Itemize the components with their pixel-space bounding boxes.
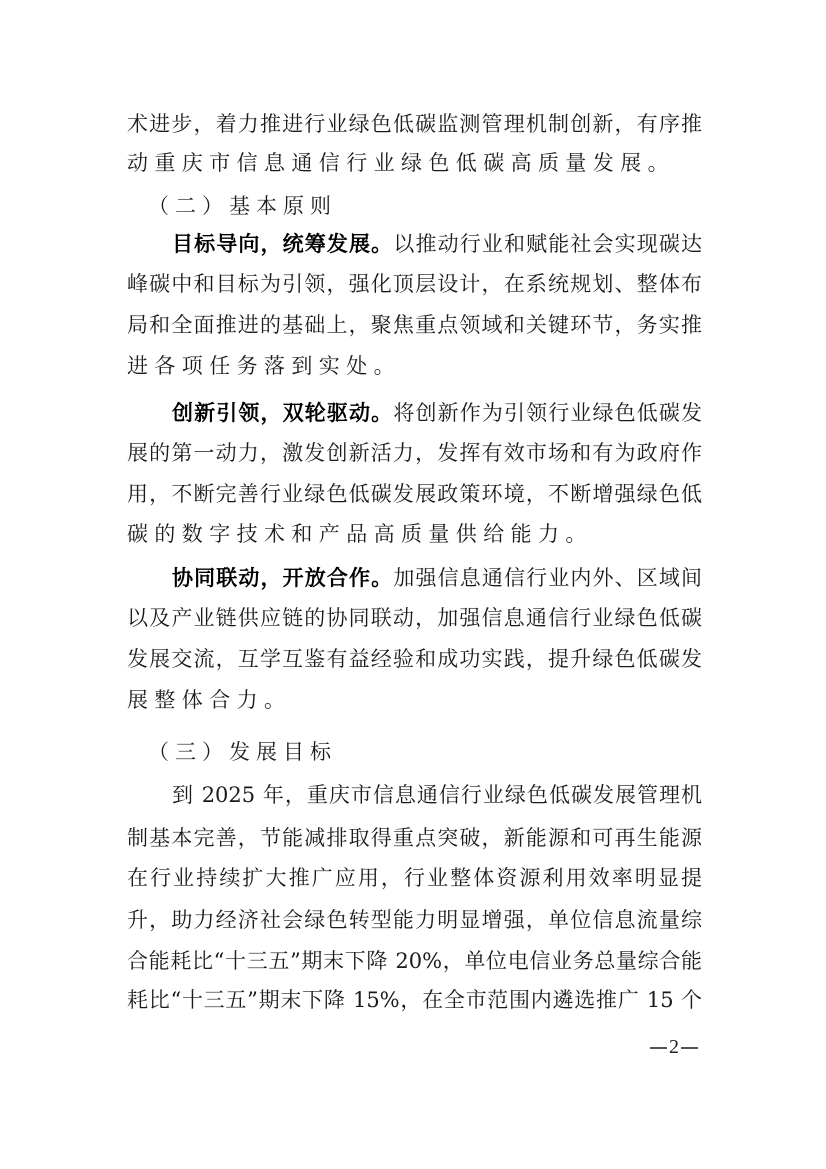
- body-line: 峰碳中和目标为引领，强化顶层设计，在系统规划、整体布: [127, 271, 702, 297]
- body-line: 碳的数字技术和产品高质量供给能力。: [127, 521, 702, 547]
- principle-text: 以推动行业和赋能社会实现碳达: [393, 232, 702, 256]
- body-line: 以及产业链供应链的协同联动，加强信息通信行业绿色低碳: [127, 605, 702, 631]
- principle-title: 协同联动，开放合作。: [172, 566, 393, 590]
- body-line: 用，不断完善行业绿色低碳发展政策环境，不断增强绿色低: [127, 481, 702, 507]
- body-line: 发展交流，互学互鉴有益经验和成功实践，提升绿色低碳发: [127, 646, 702, 672]
- principle-innovation: 创新引领，双轮驱动。将创新作为引领行业绿色低碳发: [172, 400, 702, 426]
- page-number-value: 2: [669, 1036, 679, 1059]
- principle-text: 加强信息通信行业内外、区域间: [393, 566, 702, 590]
- document-page: 术进步，着力推进行业绿色低碳监测管理机制创新，有序推 动重庆市信息通信行业绿色低…: [0, 0, 826, 1169]
- body-line: 到 2025 年，重庆市信息通信行业绿色低碳发展管理机: [172, 782, 702, 808]
- body-line: 进各项任务落到实处。: [127, 353, 702, 379]
- principle-title: 创新引领，双轮驱动。: [172, 401, 393, 425]
- body-line: 术进步，着力推进行业绿色低碳监测管理机制创新，有序推: [127, 111, 702, 137]
- section-heading-basic-principles: （二）基本原则: [148, 193, 337, 219]
- page-number-dash-left: [650, 1047, 667, 1049]
- principle-text: 将创新作为引领行业绿色低碳发: [393, 401, 702, 425]
- page-number: 2: [650, 1036, 698, 1059]
- section-heading-development-goals: （三）发展目标: [148, 739, 337, 765]
- principle-cooperation: 协同联动，开放合作。加强信息通信行业内外、区域间: [172, 565, 702, 591]
- body-line: 耗比“十三五”期末下降 15%，在全市范围内遴选推广 15 个: [127, 987, 702, 1013]
- body-line: 展整体合力。: [127, 687, 702, 713]
- body-line: 在行业持续扩大推广应用，行业整体资源利用效率明显提: [127, 865, 702, 891]
- body-line: 升，助力经济社会绿色转型能力明显增强，单位信息流量综: [127, 907, 702, 933]
- body-line: 局和全面推进的基础上，聚焦重点领域和关键环节，务实推: [127, 312, 702, 338]
- body-line: 合能耗比“十三五”期末下降 20%，单位电信业务总量综合能: [127, 948, 702, 974]
- page-number-dash-right: [681, 1047, 698, 1049]
- principle-goal-oriented: 目标导向，统筹发展。以推动行业和赋能社会实现碳达: [172, 231, 702, 257]
- principle-title: 目标导向，统筹发展。: [172, 232, 393, 256]
- body-line: 动重庆市信息通信行业绿色低碳高质量发展。: [127, 150, 702, 176]
- body-line: 展的第一动力，激发创新活力，发挥有效市场和有为政府作: [127, 440, 702, 466]
- body-line: 制基本完善，节能减排取得重点突破，新能源和可再生能源: [127, 825, 702, 851]
